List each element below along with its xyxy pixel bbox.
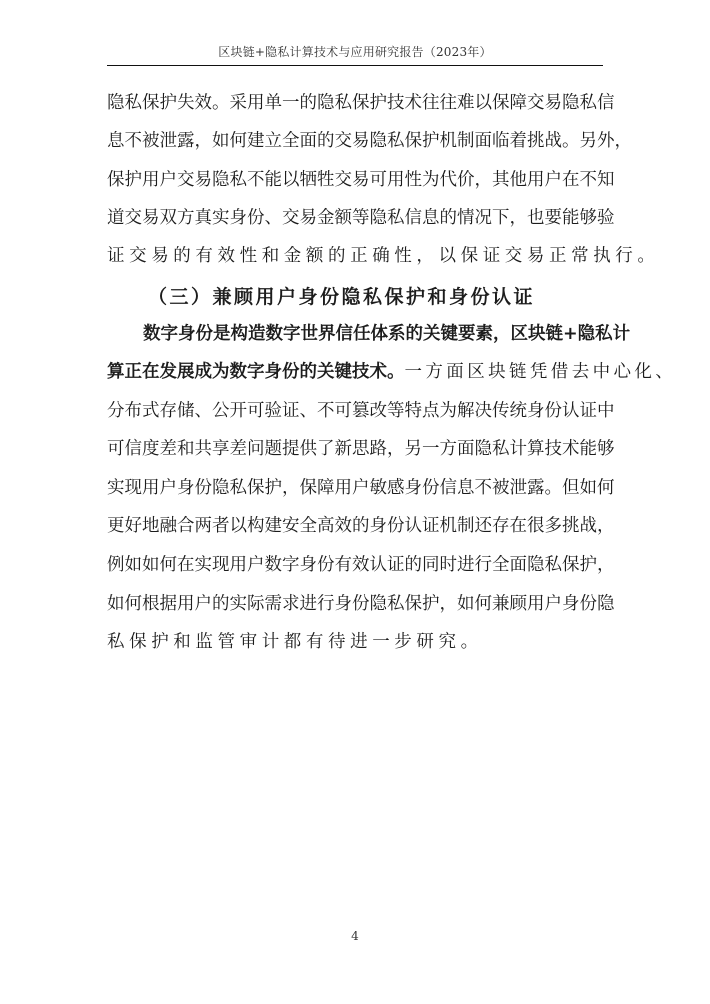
text-line: 息不被泄露，如何建立全面的交易隐私保护机制面临着挑战。另外，: [107, 129, 603, 153]
text-line: 分布式存储、公开可验证、不可篡改等特点为解决传统身份认证中: [107, 399, 603, 423]
text-line-mixed: 算正在发展成为数字身份的关键技术。 一方面区块链凭借去中心化、: [107, 360, 603, 384]
text-line: 证交易的有效性和金额的正确性，以保证交易正常执行。: [107, 244, 603, 268]
text-line: 保护用户交易隐私不能以牺牲交易可用性为代价，其他用户在不知: [107, 168, 603, 192]
text-line: 如何根据用户的实际需求进行身份隐私保护，如何兼顾用户身份隐: [107, 592, 603, 616]
text-continuation: 一方面区块链凭借去中心化、: [405, 360, 677, 384]
text-line: 实现用户身份隐私保护，保障用户敏感身份信息不被泄露。但如何: [107, 476, 603, 500]
text-line: 隐私保护失效。采用单一的隐私保护技术往往难以保障交易隐私信: [107, 91, 603, 115]
lead-bold-continuation: 算正在发展成为数字身份的关键技术。: [107, 360, 405, 384]
text-line: 可信度差和共享差问题提供了新思路，另一方面隐私计算技术能够: [107, 437, 603, 461]
text-line: 例如如何在实现用户数字身份有效认证的同时进行全面隐私保护，: [107, 553, 603, 577]
text-line: 私保护和监管审计都有待进一步研究。: [107, 630, 603, 654]
running-title: 区块链+隐私计算技术与应用研究报告（2023年）: [107, 44, 603, 60]
section-heading: （三）兼顾用户身份隐私保护和身份认证: [148, 284, 535, 310]
header-divider: [107, 65, 603, 66]
text-line: 道交易双方真实身份、交易金额等隐私信息的情况下，也要能够验: [107, 206, 603, 230]
page-number: 4: [0, 929, 710, 943]
lead-bold-line: 数字身份是构造数字世界信任体系的关键要素，区块链+隐私计: [143, 322, 603, 346]
text-line: 更好地融合两者以构建安全高效的身份认证机制还存在很多挑战，: [107, 514, 603, 538]
